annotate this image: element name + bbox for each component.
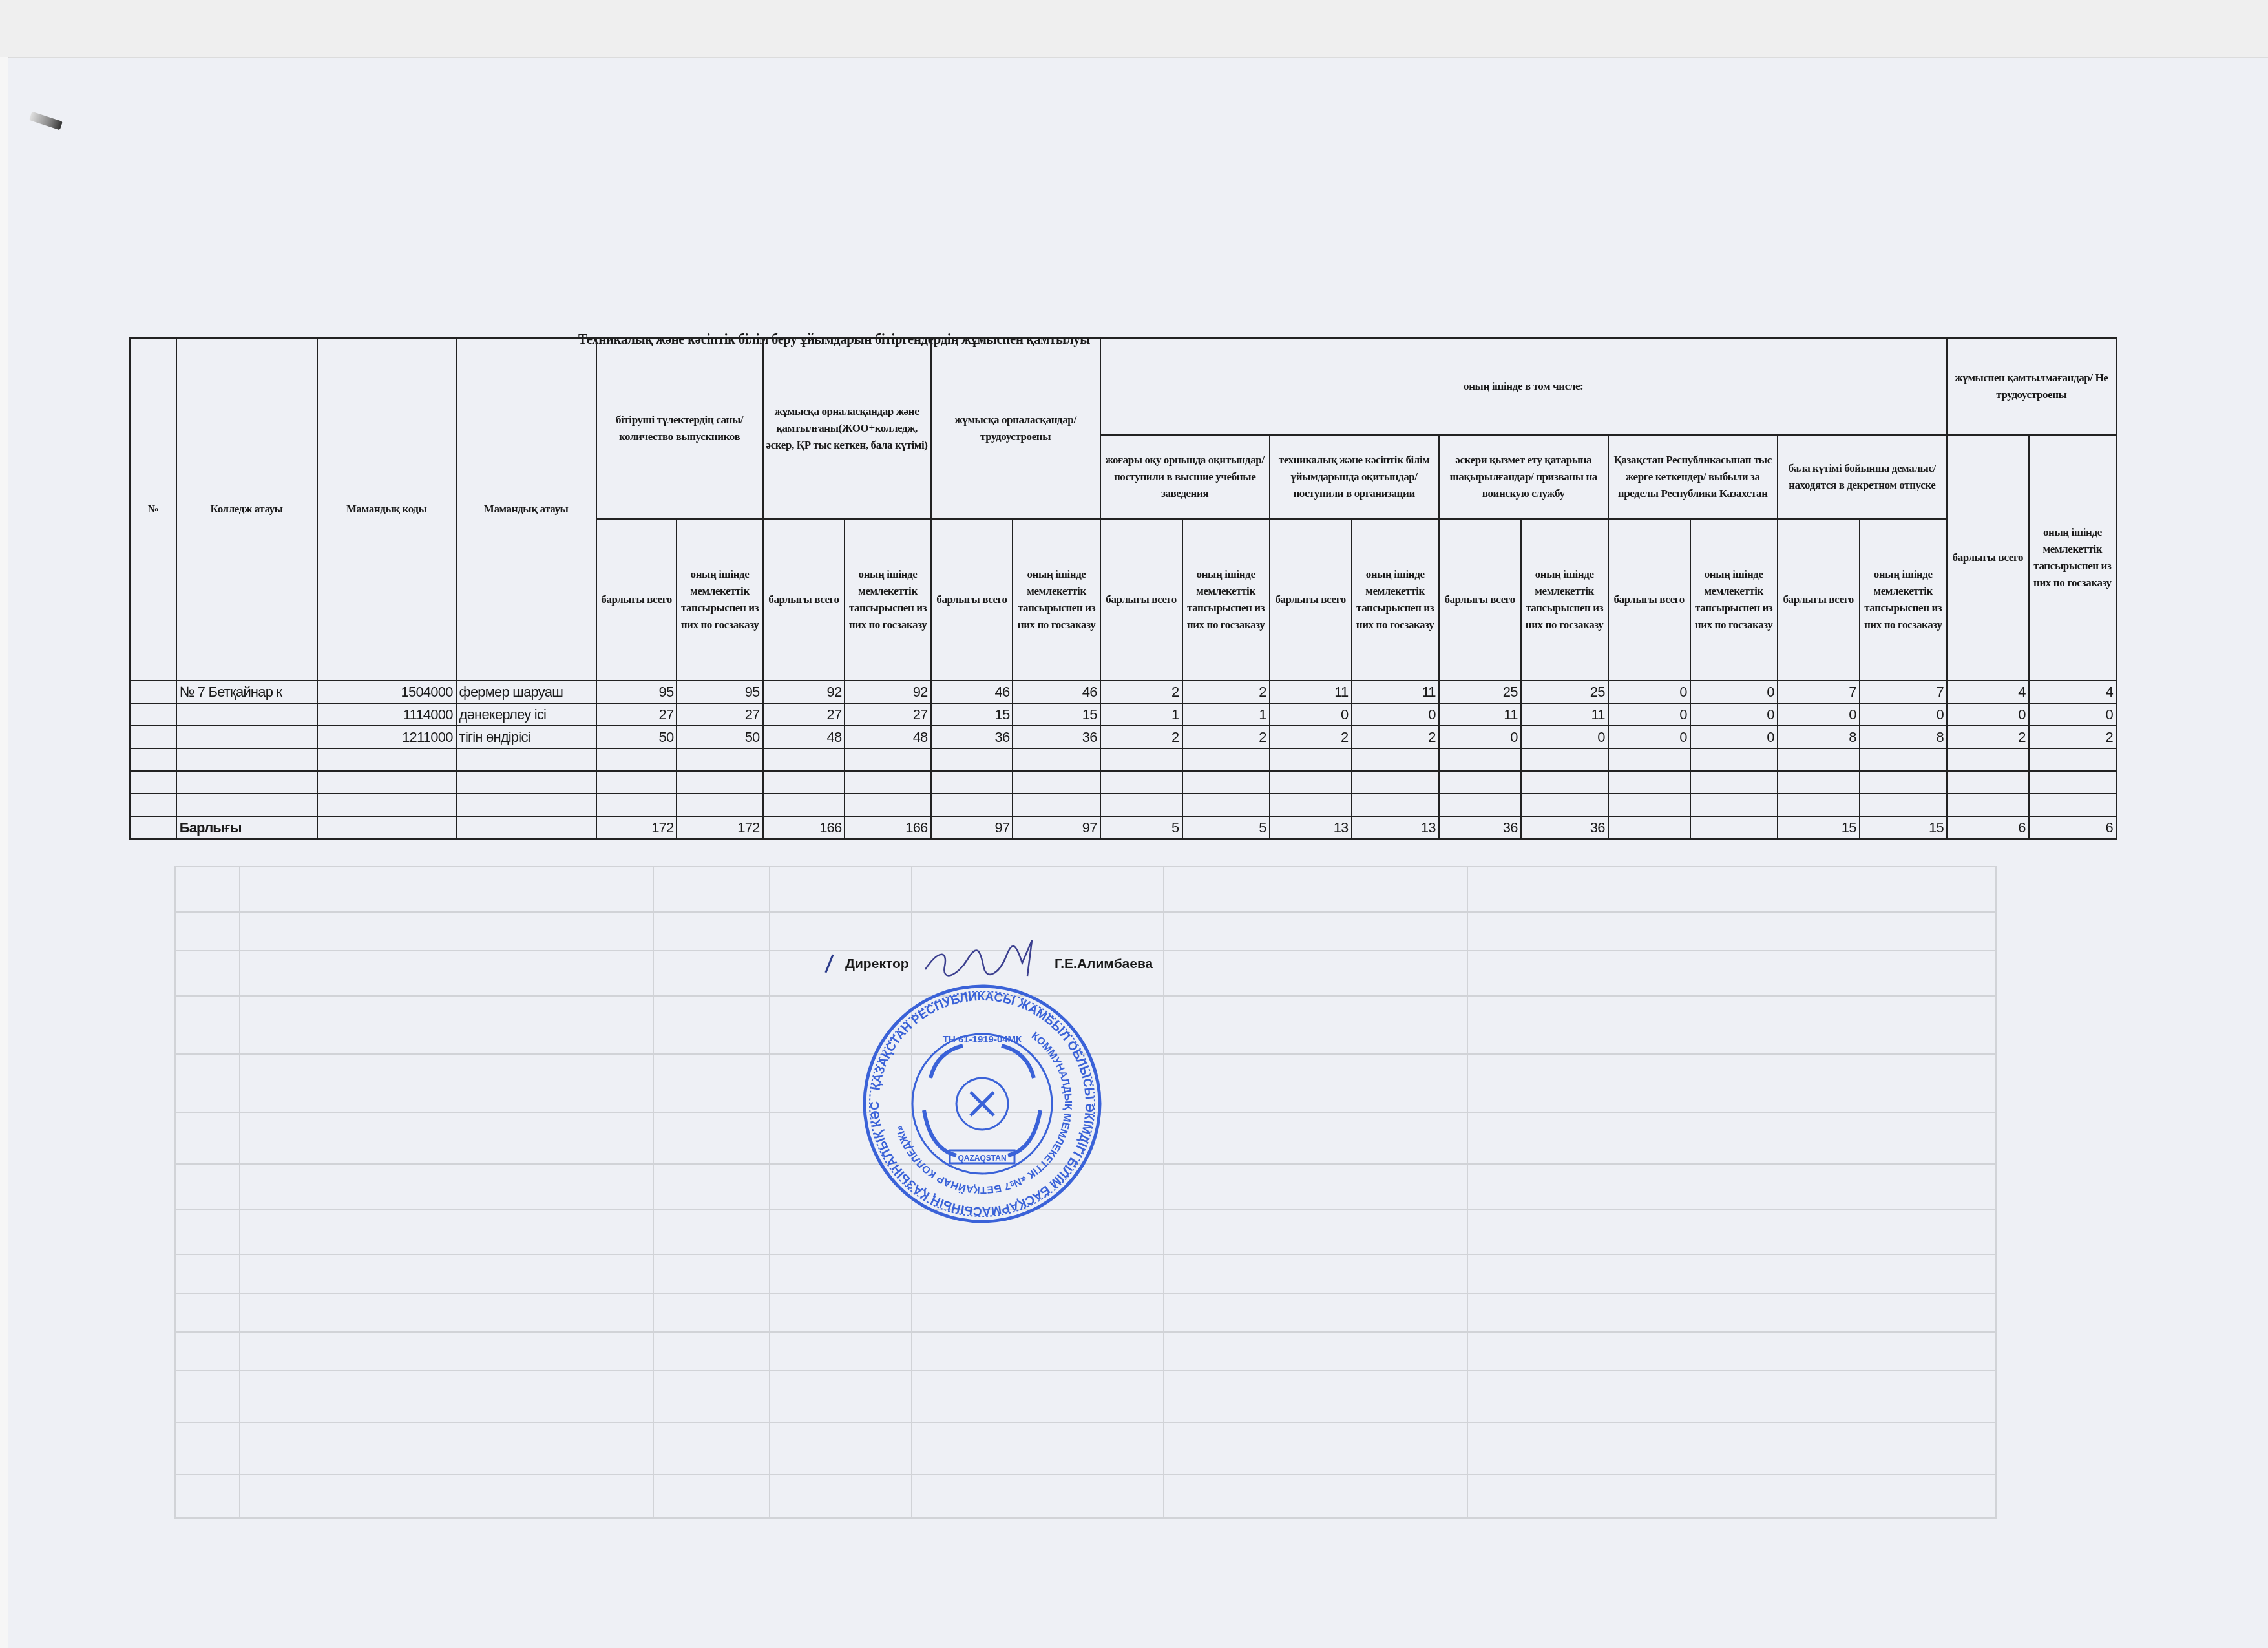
cell-value: 1 — [1100, 703, 1182, 726]
scanner-edge — [0, 0, 2268, 58]
cell-specialty-name — [456, 816, 596, 839]
header-employed: жұмысқа орналасқандар/ трудоустроены — [931, 338, 1100, 519]
total-cell-value — [1690, 816, 1778, 839]
cell-specialty-code: 1504000 — [317, 681, 456, 703]
cell-value — [1439, 771, 1521, 794]
header-abroad: Қазақстан Республикасынан тыс жерге кетк… — [1608, 435, 1778, 519]
cell-value — [1947, 794, 2029, 816]
employment-report-table: № Колледж атауы Мамандық коды Мамандық а… — [129, 337, 2117, 840]
cell-value: 0 — [1270, 703, 1352, 726]
header-of-which: оның ішінде в том числе: — [1100, 338, 1947, 435]
cell-value: 2 — [1947, 726, 2029, 748]
table-row — [130, 771, 2116, 794]
cell-value — [1270, 748, 1352, 771]
cell-value — [763, 794, 845, 816]
table-row — [130, 794, 2116, 816]
cell-college-name: № 7 Бетқайнар к — [176, 681, 317, 703]
cell-value — [596, 771, 677, 794]
cell-value — [1521, 771, 1608, 794]
cell-value — [1182, 748, 1270, 771]
cell-value: 25 — [1521, 681, 1608, 703]
cell-value — [1690, 771, 1778, 794]
header-unemployed-total: барлығы всего — [1947, 435, 2029, 681]
header-state-order: оның ішінде мемлекеттік тапсырыспен из н… — [1690, 519, 1778, 681]
signature-role: Директор — [845, 956, 909, 972]
cell-value: 2 — [1182, 681, 1270, 703]
cell-specialty-name: фермер шаруаш — [456, 681, 596, 703]
cell-value: 50 — [596, 726, 677, 748]
cell-value — [1100, 748, 1182, 771]
cell-value: 27 — [596, 703, 677, 726]
cell-value — [1352, 771, 1439, 794]
cell-specialty-code — [317, 816, 456, 839]
total-cell-value: 6 — [2029, 816, 2116, 839]
cell-value: 7 — [1778, 681, 1860, 703]
cell-value — [2029, 794, 2116, 816]
cell-value: 4 — [1947, 681, 2029, 703]
svg-text:КОММУНАЛДЫҚ МЕМЛЕКЕТТІК «№7 БЕ: КОММУНАЛДЫҚ МЕМЛЕКЕТТІК «№7 БЕТҚАЙНАР КО… — [894, 1030, 1074, 1195]
cell-value — [1013, 771, 1100, 794]
table-body: № 7 Бетқайнар к1504000фермер шаруаш95959… — [130, 681, 2116, 839]
cell-value: 0 — [1439, 726, 1521, 748]
header-total: барлығы всего — [1778, 519, 1860, 681]
cell-value — [596, 794, 677, 816]
cell-value: 2 — [1182, 726, 1270, 748]
total-cell-value: 97 — [931, 816, 1013, 839]
header-specialty-code: Мамандық коды — [317, 338, 456, 681]
cell-value: 11 — [1352, 681, 1439, 703]
cell-value: 4 — [2029, 681, 2116, 703]
cell-value — [1947, 771, 2029, 794]
cell-value: 0 — [1608, 681, 1690, 703]
cell-value: 0 — [1690, 681, 1778, 703]
cell-no — [130, 771, 176, 794]
cell-value — [677, 771, 762, 794]
cell-value — [2029, 748, 2116, 771]
cell-value: 0 — [1860, 703, 1947, 726]
cell-value: 36 — [1013, 726, 1100, 748]
stamp-code: ТН 61-1919-04МК — [943, 1034, 1022, 1045]
cell-value — [1270, 794, 1352, 816]
cell-value: 92 — [845, 681, 930, 703]
cell-value — [763, 748, 845, 771]
cell-college-name — [176, 726, 317, 748]
header-total: барлығы всего — [763, 519, 845, 681]
official-stamp-icon: ҚАЗАҚСТАН РЕСПУБЛИКАСЫ ЖАМБЫЛ ОБЛЫСЫ ӘКІ… — [859, 981, 1105, 1227]
cell-value — [1100, 771, 1182, 794]
cell-specialty-code — [317, 748, 456, 771]
cell-value — [1013, 748, 1100, 771]
cell-value: 2 — [1100, 726, 1182, 748]
cell-specialty-name: тігін өндірісі — [456, 726, 596, 748]
cell-value: 0 — [1690, 726, 1778, 748]
header-state-order: оның ішінде мемлекеттік тапсырыспен из н… — [1352, 519, 1439, 681]
cell-value — [845, 794, 930, 816]
cell-value: 27 — [677, 703, 762, 726]
header-total: барлығы всего — [1270, 519, 1352, 681]
cell-value: 0 — [1778, 703, 1860, 726]
cell-value: 2 — [1270, 726, 1352, 748]
cell-value: 0 — [1608, 703, 1690, 726]
total-row: Барлығы17217216616697975513133636151566 — [130, 816, 2116, 839]
cell-value: 0 — [1521, 726, 1608, 748]
cell-value: 2 — [1352, 726, 1439, 748]
cell-no — [130, 681, 176, 703]
header-specialty-name: Мамандық атауы — [456, 338, 596, 681]
cell-value: 15 — [931, 703, 1013, 726]
cell-value: 46 — [931, 681, 1013, 703]
header-total: барлығы всего — [1608, 519, 1690, 681]
cell-specialty-code — [317, 794, 456, 816]
cell-value — [931, 771, 1013, 794]
cell-value — [1182, 794, 1270, 816]
header-total: барлығы всего — [1100, 519, 1182, 681]
cell-value: 2 — [2029, 726, 2116, 748]
cell-value — [2029, 771, 2116, 794]
cell-value — [677, 794, 762, 816]
cell-value: 8 — [1860, 726, 1947, 748]
cell-value: 11 — [1439, 703, 1521, 726]
total-cell-value: 36 — [1521, 816, 1608, 839]
cell-value — [931, 794, 1013, 816]
cell-value — [1521, 794, 1608, 816]
cell-value — [1690, 794, 1778, 816]
total-cell-value: 15 — [1860, 816, 1947, 839]
cell-value: 48 — [763, 726, 845, 748]
cell-value: 92 — [763, 681, 845, 703]
cell-value — [1947, 748, 2029, 771]
header-college-name: Колледж атауы — [176, 338, 317, 681]
cell-value — [1608, 748, 1690, 771]
cell-value: 8 — [1778, 726, 1860, 748]
cell-college-name — [176, 748, 317, 771]
total-cell-value: 13 — [1352, 816, 1439, 839]
cell-value — [1352, 748, 1439, 771]
total-label: Барлығы — [176, 816, 317, 839]
cell-value: 2 — [1100, 681, 1182, 703]
cell-specialty-name: дәнекерлеу ісі — [456, 703, 596, 726]
cell-value: 46 — [1013, 681, 1100, 703]
cell-value — [1013, 794, 1100, 816]
header-unemployed: жұмыспен қамтылмағандар/ Не трудоустроен… — [1947, 338, 2116, 435]
cell-no — [130, 726, 176, 748]
cell-value — [1608, 771, 1690, 794]
cell-college-name — [176, 794, 317, 816]
cell-value: 0 — [1352, 703, 1439, 726]
table-row — [130, 748, 2116, 771]
cell-specialty-code — [317, 771, 456, 794]
cell-value — [845, 748, 930, 771]
table-row: 1211000тігін өндірісі5050484836362222000… — [130, 726, 2116, 748]
header-state-order: оның ішінде мемлекеттік тапсырыспен из н… — [1182, 519, 1270, 681]
cell-value: 0 — [1947, 703, 2029, 726]
cell-value — [596, 748, 677, 771]
cell-value — [1439, 748, 1521, 771]
header-graduates: бітіруші түлектердің саны/ количество вы… — [596, 338, 763, 519]
header-total: барлығы всего — [1439, 519, 1521, 681]
header-employed-and-covered: жұмысқа орналасқандар және қамтылғаны(ЖО… — [763, 338, 931, 519]
header-tvet: техникалық және кәсіптік білім ұйымдарын… — [1270, 435, 1439, 519]
cell-value — [931, 748, 1013, 771]
table-row: 1114000дәнекерлеу ісі2727272715151100111… — [130, 703, 2116, 726]
header-state-order: оның ішінде мемлекеттік тапсырыспен из н… — [677, 519, 762, 681]
total-cell-value — [1608, 816, 1690, 839]
cell-value: 36 — [931, 726, 1013, 748]
cell-specialty-code: 1114000 — [317, 703, 456, 726]
cell-value — [763, 771, 845, 794]
cell-value — [1778, 794, 1860, 816]
table-row: № 7 Бетқайнар к1504000фермер шаруаш95959… — [130, 681, 2116, 703]
header-total: барлығы всего — [931, 519, 1013, 681]
cell-value: 0 — [1690, 703, 1778, 726]
cell-specialty-name — [456, 771, 596, 794]
total-cell-value: 6 — [1947, 816, 2029, 839]
cell-value: 27 — [763, 703, 845, 726]
total-cell-value: 36 — [1439, 816, 1521, 839]
total-cell-value: 15 — [1778, 816, 1860, 839]
cell-college-name — [176, 771, 317, 794]
cell-value: 7 — [1860, 681, 1947, 703]
cell-no — [130, 703, 176, 726]
cell-value — [845, 771, 930, 794]
cell-specialty-code: 1211000 — [317, 726, 456, 748]
cell-value — [1352, 794, 1439, 816]
header-total: барлығы всего — [596, 519, 677, 681]
cell-value — [1270, 771, 1352, 794]
header-unemployed-state-order: оның ішінде мемлекеттік тапсырыспен из н… — [2029, 435, 2116, 681]
header-military: әскери қызмет ету қатарына шақырылғандар… — [1439, 435, 1608, 519]
total-cell-value: 172 — [596, 816, 677, 839]
cell-value: 1 — [1182, 703, 1270, 726]
cell-value — [1100, 794, 1182, 816]
cell-value — [1778, 771, 1860, 794]
total-cell-value: 166 — [845, 816, 930, 839]
cell-specialty-name — [456, 794, 596, 816]
cell-no — [130, 748, 176, 771]
cell-value — [1521, 748, 1608, 771]
paper-sheet — [8, 58, 2268, 1648]
cell-value: 0 — [1608, 726, 1690, 748]
cell-value: 95 — [596, 681, 677, 703]
cell-value — [1860, 748, 1947, 771]
header-state-order: оның ішінде мемлекеттік тапсырыспен из н… — [1013, 519, 1100, 681]
cell-value: 11 — [1270, 681, 1352, 703]
total-cell-value: 97 — [1013, 816, 1100, 839]
cell-specialty-name — [456, 748, 596, 771]
cell-college-name — [176, 703, 317, 726]
total-cell-value: 172 — [677, 816, 762, 839]
header-no: № — [130, 338, 176, 681]
cell-value — [1690, 748, 1778, 771]
cell-value: 50 — [677, 726, 762, 748]
cell-value: 11 — [1521, 703, 1608, 726]
cell-value: 0 — [2029, 703, 2116, 726]
cell-value — [1608, 794, 1690, 816]
cell-value — [1860, 771, 1947, 794]
signature-name: Г.Е.Алимбаева — [1055, 956, 1153, 972]
header-state-order: оның ішінде мемлекеттік тапсырыспен из н… — [1521, 519, 1608, 681]
total-cell-value: 166 — [763, 816, 845, 839]
header-maternity: бала күтімі бойынша демалыс/ находятся в… — [1778, 435, 1947, 519]
cell-no — [130, 816, 176, 839]
total-cell-value: 5 — [1182, 816, 1270, 839]
cell-value: 15 — [1013, 703, 1100, 726]
cell-value — [1182, 771, 1270, 794]
cell-value — [1778, 748, 1860, 771]
header-state-order: оның ішінде мемлекеттік тапсырыспен из н… — [845, 519, 930, 681]
cell-value: 95 — [677, 681, 762, 703]
stamp-inner-text: КОММУНАЛДЫҚ МЕМЛЕКЕТТІК «№7 БЕТҚАЙНАР КО… — [894, 1030, 1074, 1195]
header-university: жоғары оқу орнында оқитындар/ поступили … — [1100, 435, 1270, 519]
cell-value: 25 — [1439, 681, 1521, 703]
cell-value: 27 — [845, 703, 930, 726]
header-state-order: оның ішінде мемлекеттік тапсырыспен из н… — [1860, 519, 1947, 681]
stamp-emblem-label: QAZAQSTAN — [958, 1154, 1006, 1163]
cell-value — [1860, 794, 1947, 816]
cell-value — [677, 748, 762, 771]
cell-no — [130, 794, 176, 816]
cell-value — [1439, 794, 1521, 816]
total-cell-value: 13 — [1270, 816, 1352, 839]
cell-value: 48 — [845, 726, 930, 748]
handwritten-signature-icon — [919, 937, 1048, 982]
total-cell-value: 5 — [1100, 816, 1182, 839]
